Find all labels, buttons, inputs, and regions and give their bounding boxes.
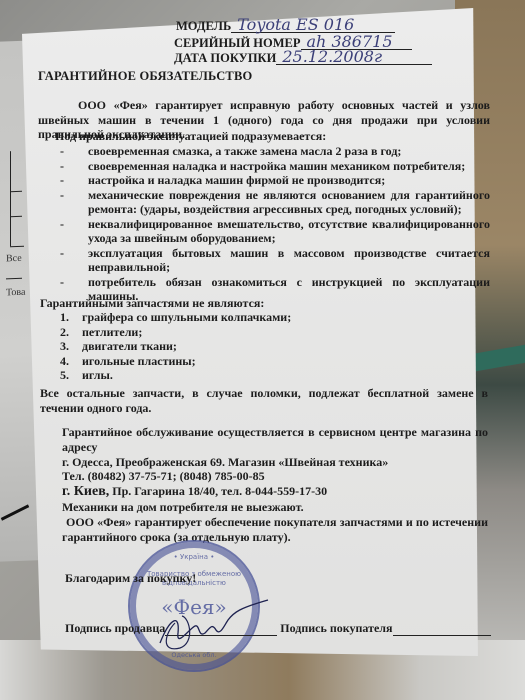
signature-row: Подпись продавца Подпись покупателя: [65, 621, 491, 636]
thanks-text: Благодарим за покупку!: [65, 571, 196, 586]
service-intro: Гарантийное обслуживание осуществляется …: [62, 425, 488, 454]
date-value: 25.12.2008г: [276, 50, 432, 65]
list-item: -настройка и наладка машин фирмой не про…: [60, 173, 490, 188]
list-item: 4.игольные пластины;: [60, 354, 291, 369]
list-item: 2.петлители;: [60, 325, 291, 340]
list-item: -механические повреждения не являются ос…: [60, 188, 490, 217]
list-item: -эксплуатация бытовых машин в массовом п…: [60, 246, 490, 275]
parts-supply-note: ООО «Фея» гарантирует обеспечение покупа…: [62, 515, 488, 544]
warranty-document: МОДЕЛЬToyota ES 016 СЕРИЙНЫЙ НОМЕРah 386…: [0, 0, 525, 700]
service-kiev-address: г. Киев, Пр. Гагарина 18/40, тел. 8-044-…: [62, 484, 488, 500]
model-label: МОДЕЛЬ: [176, 19, 231, 33]
conditions-list: -своевременная смазка, а также замена ма…: [60, 144, 490, 304]
buyer-signature-line: [393, 623, 491, 636]
replacement-paragraph: Все остальные запчасти, в случае поломки…: [40, 386, 488, 415]
date-label: ДАТА ПОКУПКИ: [174, 51, 276, 65]
excluded-parts-list: 1.грайфера со шпульными колпачками; 2.пе…: [60, 310, 291, 383]
model-value: Toyota ES 016: [231, 18, 395, 33]
list-item: 1.грайфера со шпульными колпачками;: [60, 310, 291, 325]
parts-title: Гарантийными запчастями не являются:: [40, 296, 264, 311]
service-phones: Тел. (80482) 37-75-71; (8048) 785-00-85: [62, 469, 488, 484]
list-item: 5.иглы.: [60, 368, 291, 383]
service-odessa-address: г. Одесса, Преображенская 69. Магазин «Ш…: [62, 455, 488, 470]
document-title: ГАРАНТИЙНОЕ ОБЯЗАТЕЛЬСТВО: [38, 69, 252, 84]
list-item: -неквалифицированное вмешательство, отсу…: [60, 217, 490, 246]
list-item: -своевременная смазка, а также замена ма…: [60, 144, 490, 159]
list-item: -своевременная наладка и настройка машин…: [60, 159, 490, 174]
no-home-visits-note: Механики на дом потребителя не выезжают.: [62, 500, 488, 515]
list-item: 3.двигатели ткани;: [60, 339, 291, 354]
seller-signature-scribble: [150, 598, 270, 658]
date-row: ДАТА ПОКУПКИ25.12.2008г: [174, 50, 432, 66]
buyer-signature-label: Подпись покупателя: [280, 621, 392, 635]
conditions-title: Под правильной эксплуатацией подразумева…: [55, 129, 326, 144]
